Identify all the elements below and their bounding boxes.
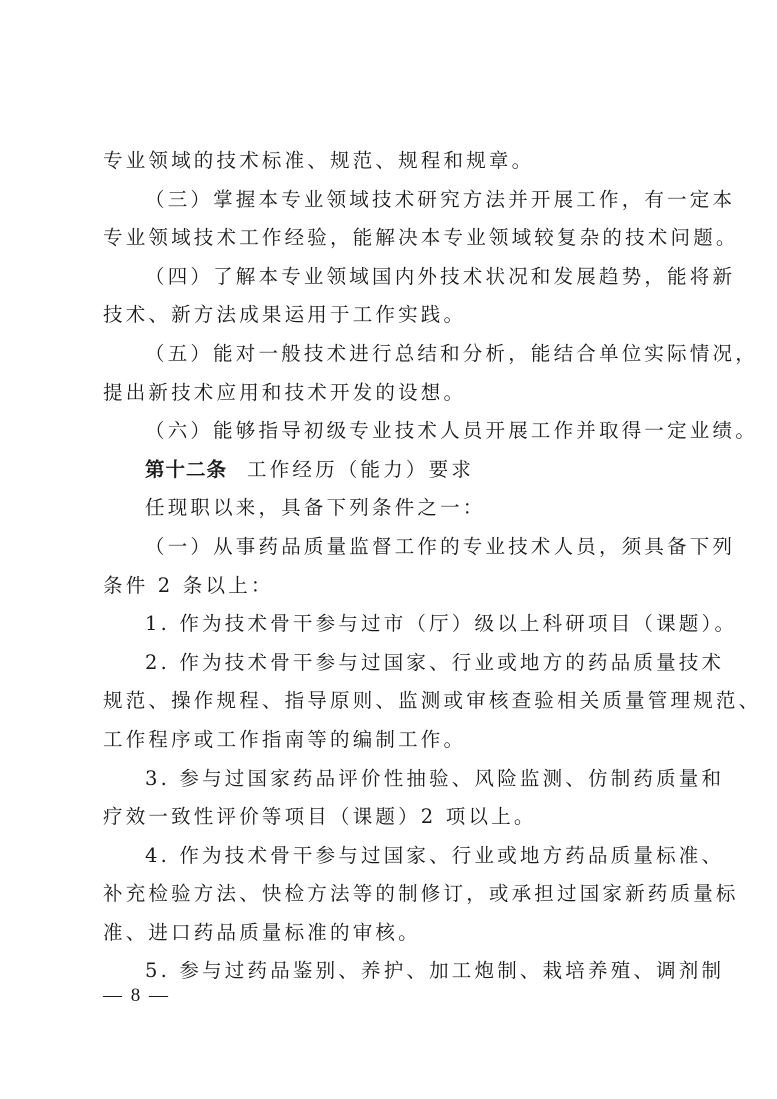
article-label: 第十二条 <box>145 458 227 481</box>
clause-five-line: （五）能对一般技术进行总结和分析，能结合单位实际情况， <box>103 335 693 374</box>
list-item-5: 5. 参与过药品鉴别、养护、加工炮制、栽培养殖、调剂制 <box>103 952 693 991</box>
body-line: 技术、新方法成果运用于工作实践。 <box>103 296 693 335</box>
page-number: — 8 — <box>103 985 170 1007</box>
document-page: 专业领域的技术标准、规范、规程和规章。 （三）掌握本专业领域技术研究方法并开展工… <box>103 142 693 991</box>
body-line: 专业领域的技术标准、规范、规程和规章。 <box>103 142 693 181</box>
body-line: 提出新技术应用和技术开发的设想。 <box>103 374 693 413</box>
clause-four-line: （四）了解本专业领域国内外技术状况和发展趋势，能将新 <box>103 258 693 297</box>
body-line: 补充检验方法、快检方法等的制修订，或承担过国家新药质量标 <box>103 875 693 914</box>
body-line: 任现职以来，具备下列条件之一： <box>103 489 693 528</box>
article-heading: 第十二条工作经历（能力）要求 <box>103 451 693 490</box>
body-line: 工作程序或工作指南等的编制工作。 <box>103 721 693 760</box>
clause-three-line: （三）掌握本专业领域技术研究方法并开展工作，有一定本 <box>103 181 693 220</box>
article-title: 工作经历（能力）要求 <box>247 458 474 481</box>
body-line: 规范、操作规程、指导原则、监测或审核查验相关质量管理规范、 <box>103 682 693 721</box>
list-item-2: 2. 作为技术骨干参与过国家、行业或地方的药品质量技术 <box>103 644 693 683</box>
list-item-1: 1. 作为技术骨干参与过市（厅）级以上科研项目（课题）。 <box>103 605 693 644</box>
list-item-4: 4. 作为技术骨干参与过国家、行业或地方药品质量标准、 <box>103 837 693 876</box>
body-line: 专业领域技术工作经验，能解决本专业领域较复杂的技术问题。 <box>103 219 693 258</box>
body-line: 条件 2 条以上： <box>103 567 693 606</box>
body-line: 疗效一致性评价等项目（课题）2 项以上。 <box>103 798 693 837</box>
list-item-3: 3. 参与过国家药品评价性抽验、风险监测、仿制药质量和 <box>103 760 693 799</box>
clause-six-line: （六）能够指导初级专业技术人员开展工作并取得一定业绩。 <box>103 412 693 451</box>
sub-clause-one-line: （一）从事药品质量监督工作的专业技术人员，须具备下列 <box>103 528 693 567</box>
body-line: 准、进口药品质量标准的审核。 <box>103 914 693 953</box>
